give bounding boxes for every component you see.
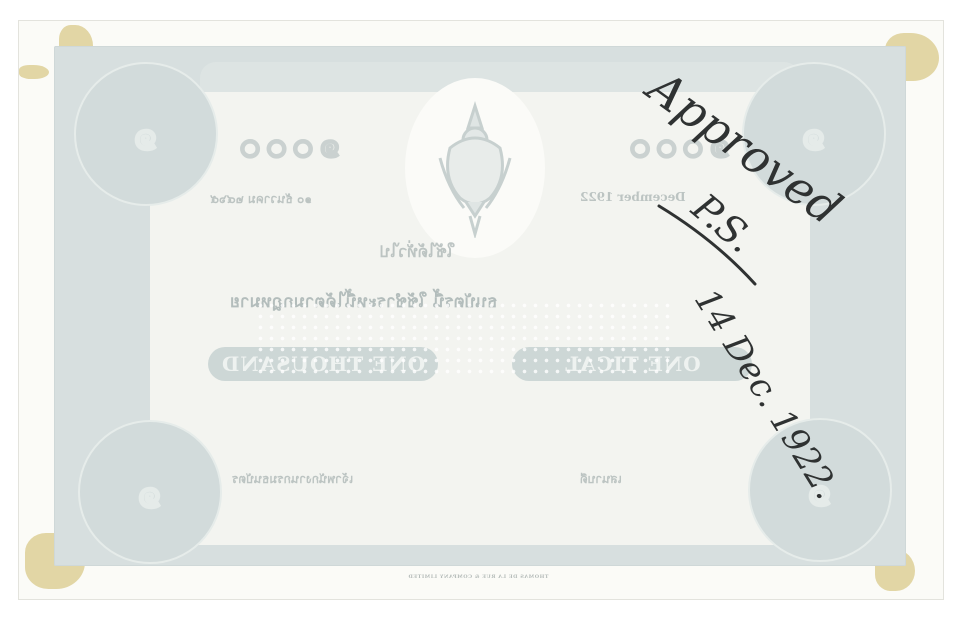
corner-numeral: ๑ bbox=[131, 98, 160, 171]
emblem-oval bbox=[405, 78, 545, 258]
garuda-emblem-icon bbox=[430, 98, 520, 238]
stain-left-edge bbox=[19, 65, 49, 79]
corner-numeral: ๑ bbox=[135, 456, 164, 529]
corner-circle-bottom-right: ๑ bbox=[748, 418, 892, 562]
middle-upper-line: ใช้ได้ทั่วไป bbox=[380, 240, 455, 265]
denomination-right: ๑๐๐๐ bbox=[626, 112, 733, 176]
corner-circle-top-left: ๑ bbox=[74, 62, 218, 206]
specimen-perforation bbox=[255, 300, 675, 380]
date-line-english: December 1922 bbox=[580, 190, 686, 204]
signature-title-left: เจ้าพนักงานกรมธนบัตร bbox=[232, 470, 353, 489]
denomination-left: ๑๐๐๐ bbox=[236, 112, 343, 176]
corner-numeral: ๑ bbox=[805, 454, 834, 527]
signature-title-right: เสนาบดี bbox=[580, 470, 622, 489]
corner-circle-top-right: ๑ bbox=[742, 62, 886, 206]
corner-circle-bottom-left: ๑ bbox=[78, 420, 222, 564]
date-line-thai: ๑๐ ธันวาคม ๒๔๖๕ bbox=[210, 190, 312, 209]
corner-numeral: ๑ bbox=[799, 98, 828, 171]
printer-imprint: THOMAS DE LA RUE & COMPANY LIMITED bbox=[408, 574, 549, 580]
